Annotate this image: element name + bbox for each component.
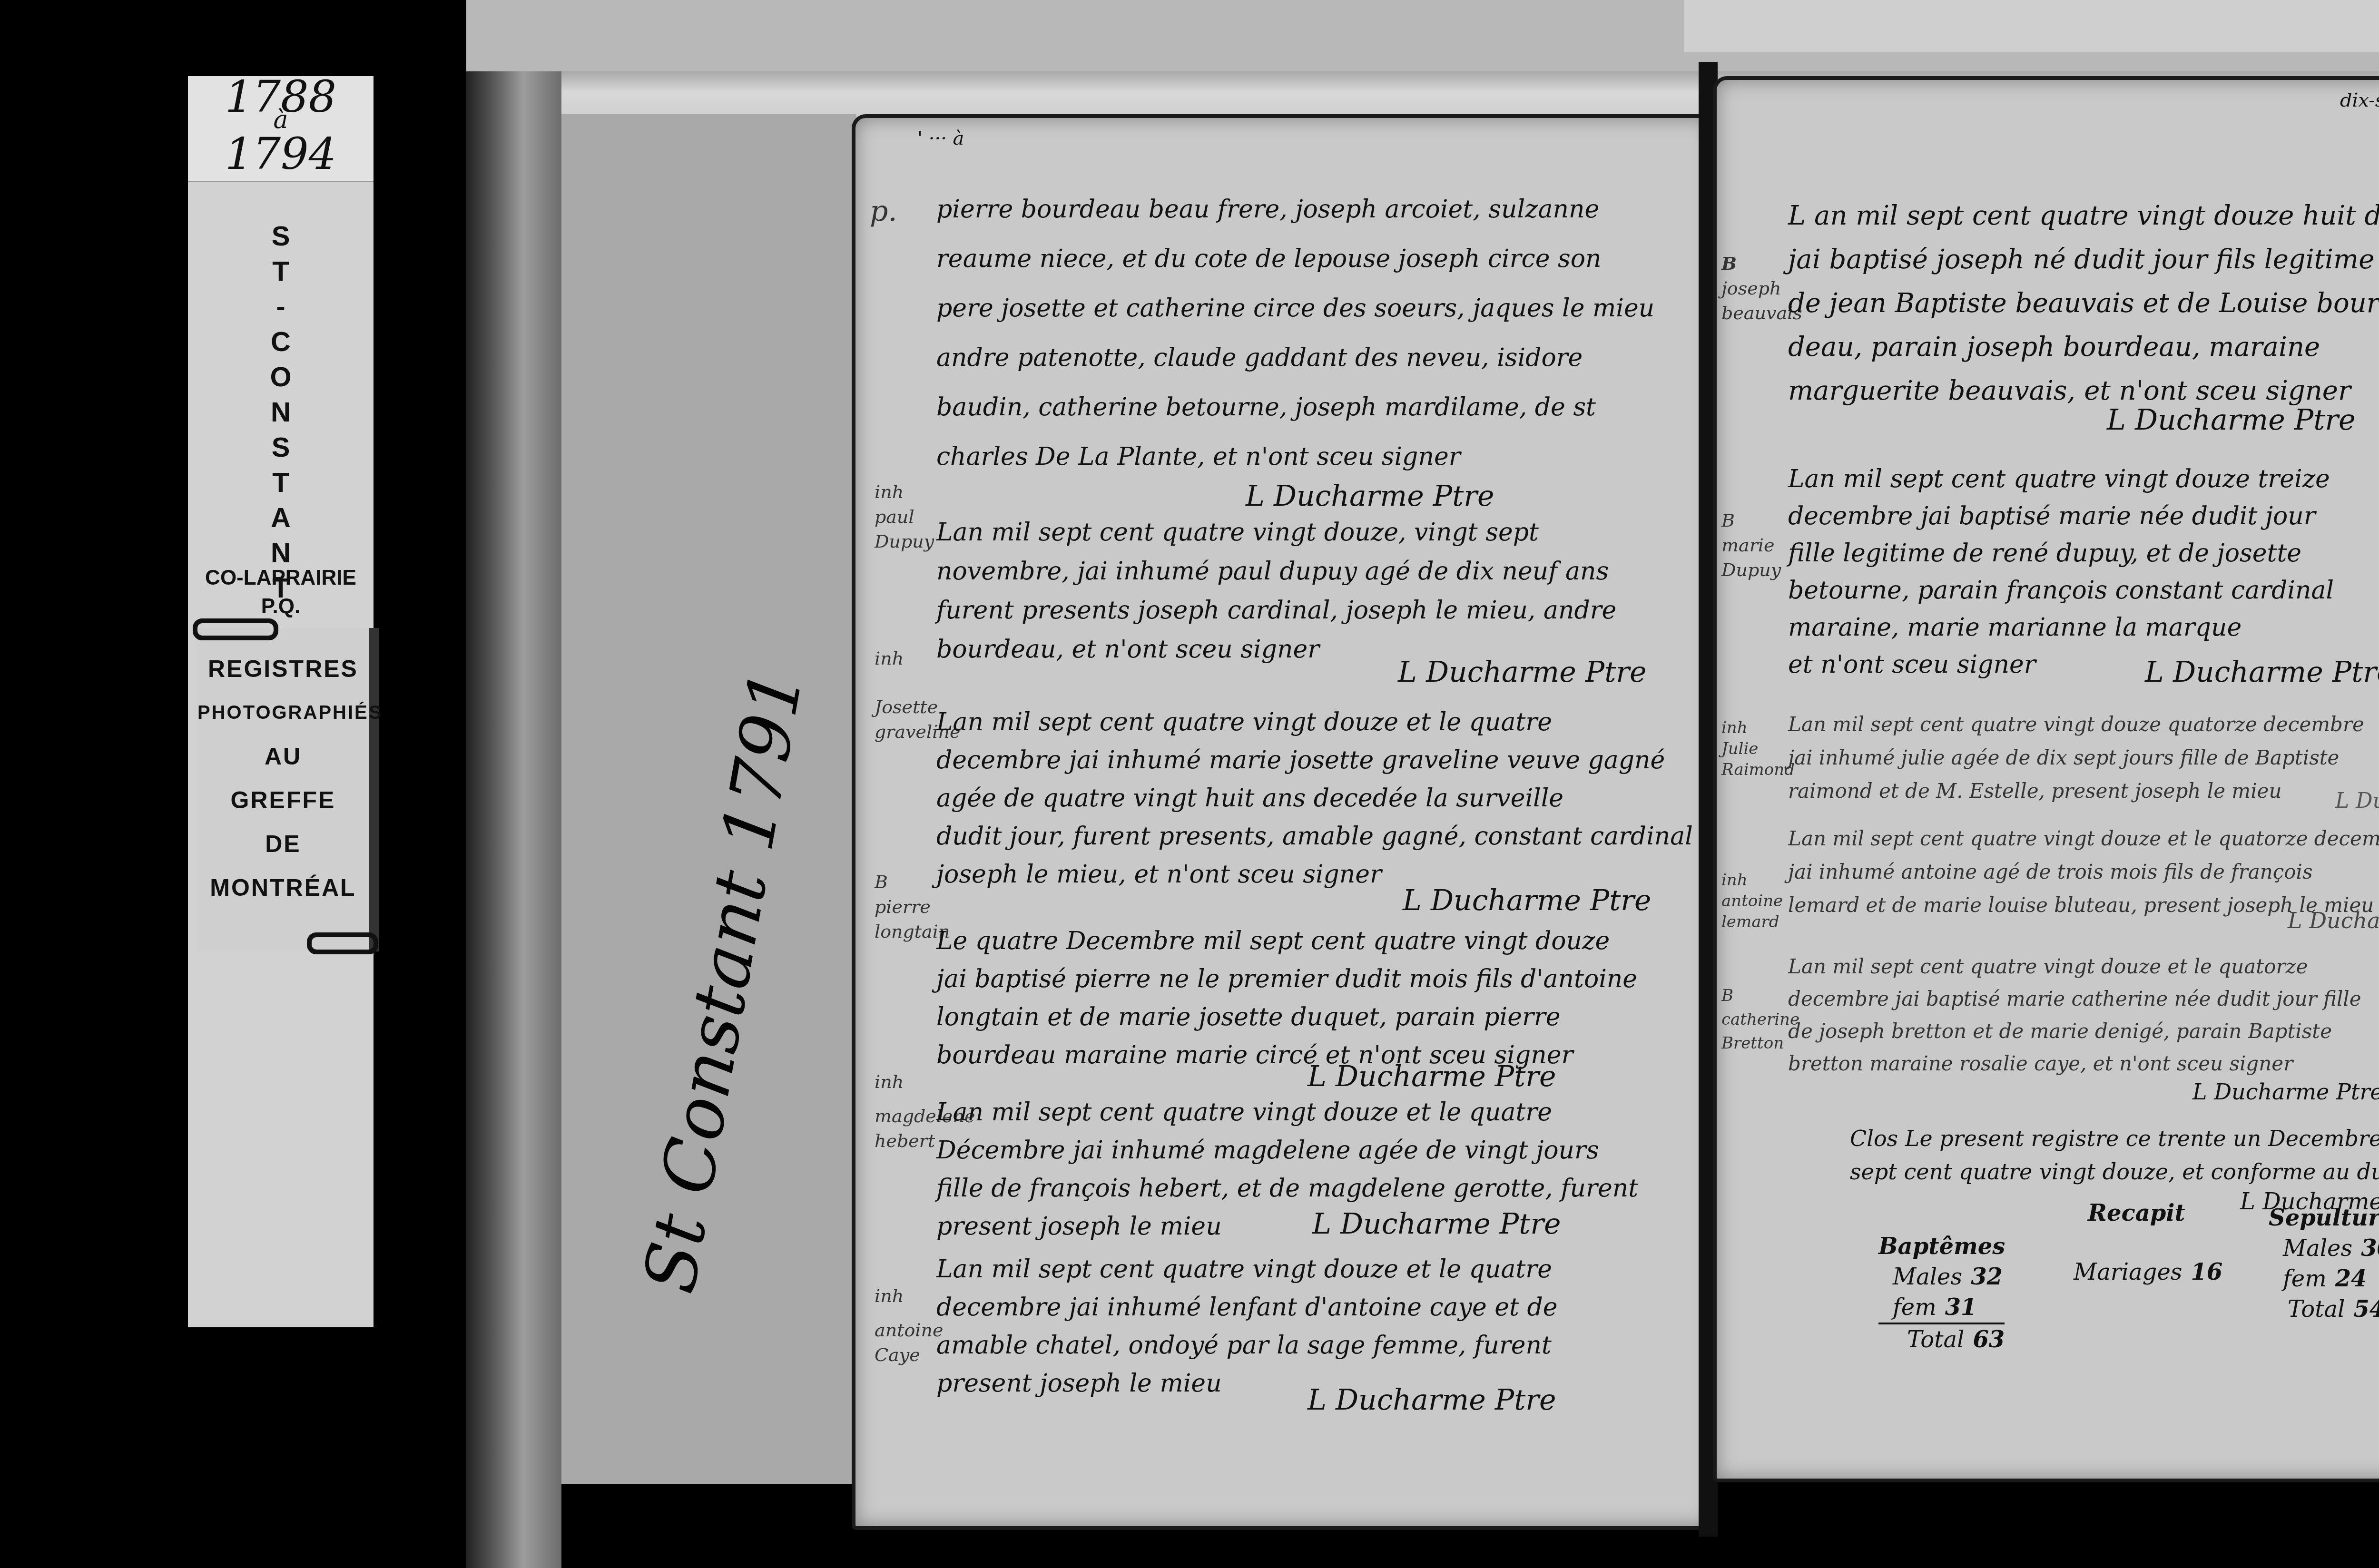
signature: L Ducharme Ptre [2145,656,2379,689]
paper-clip-icon [307,932,378,954]
signature: L Ducharme Ptre [1246,480,1494,513]
top-page-edge [1684,0,2379,52]
register-closing-statement: Clos Le present registre ce trente un De… [1850,1122,2379,1188]
signature: L Ducharme Ptre [2335,789,2379,813]
parish-name-vertical: S T - C O N S T A N T [188,219,374,606]
archive-stamp: REGISTRES PHOTOGRAPHIÉS AU GREFFE DE MON… [197,628,379,951]
book-left-binding [466,71,561,1568]
entry-margin-note: inh paul Dupuy [875,480,934,554]
register-entry: Lan mil sept cent quatre vingt douze qua… [1788,708,2364,808]
page-mark: ' ··· à [917,127,964,149]
register-page-right: dix-septieme feuillet 28 B joseph beauva… [1713,76,2379,1482]
signature: L Ducharme Ptre [1398,656,1647,689]
summary-sepultures: Sepultures Males30 fem24 Total54 [2269,1203,2379,1324]
register-entry: Lan mil sept cent quatre vingt douze, vi… [936,513,1616,669]
register-entry: Lan mil sept cent quatre vingt douze et … [936,703,1693,893]
entry-margin-note: B marie Dupuy [1721,508,1781,582]
book-top-edge [466,0,2379,71]
signature: L Ducharme Ptre [2107,403,2356,437]
signature: L Ducharme Ptre [2192,1079,2379,1105]
signature: L Ducharme Ptre [1307,1060,1556,1093]
year-range-tab: 1788 à 1794 [188,76,374,182]
year-end: 1794 [188,128,374,179]
register-entry: Lan mil sept cent quatre vingt douze et … [1788,822,2379,922]
signature: L Ducharme Ptre [1403,884,1652,917]
summary-baptemes: Baptêmes Males32 fem31 Total63 [1878,1231,2005,1355]
entry-margin-note: inh antoine Caye [875,1284,943,1367]
signature: L Ducharme Ptre [1307,1383,1556,1417]
summary-mariages: Recapit Mariages16 [2074,1198,2222,1287]
paper-clip-icon [193,618,278,640]
continuation-entry: pierre bourdeau beau frere, joseph arcoi… [936,185,1654,481]
province-label: P.Q. [188,595,374,618]
register-page-left: ' ··· à p. pierre bourdeau beau frere, j… [852,114,1716,1530]
county-label: CO-LAPRAIRIE [188,566,374,590]
register-entry: Lan mil sept cent quatre vingt douze et … [936,1250,1558,1402]
register-entry: Le quatre Decembre mil sept cent quatre … [936,922,1637,1074]
signature: L Ducharme Ptre [1312,1207,1561,1241]
entry-margin-note: inh Julie Raimond [1721,717,1795,780]
continuation-margin: p. [870,199,897,224]
entry-margin-note: inh antoine lemard [1721,870,1783,932]
folio-header-note: dix-septieme feuillet [2340,89,2379,111]
register-entry: Lan mil sept cent quatre vingt douze tre… [1788,461,2334,683]
register-entry: L an mil sept cent quatre vingt douze hu… [1788,194,2379,413]
register-entry: Lan mil sept cent quatre vingt douze et … [1788,951,2361,1080]
signature: L Ducharme Ptre [2288,908,2379,933]
